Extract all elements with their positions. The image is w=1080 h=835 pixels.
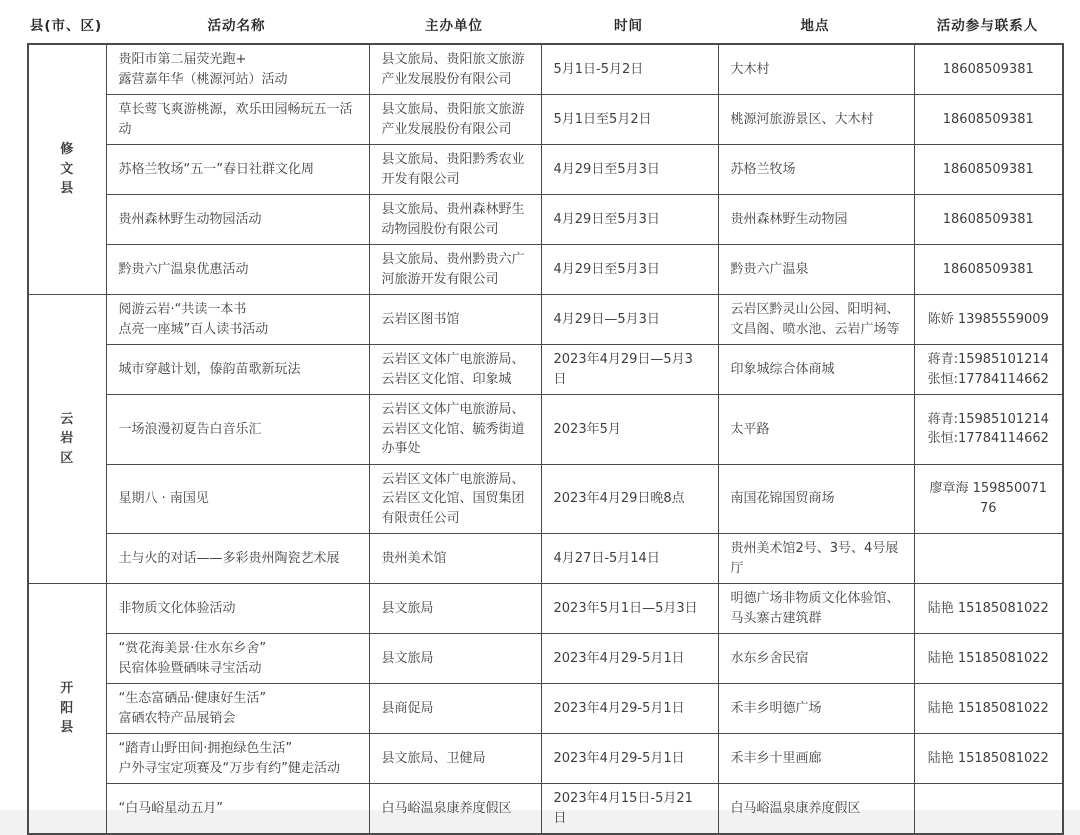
table-column-headers: 县(市、区) 活动名称 主办单位 时间 地点 活动参与联系人 (27, 14, 1062, 34)
cell-location: 太平路 (718, 395, 914, 465)
cell-time: 4月29日至5月3日 (541, 245, 718, 295)
cell-organizer: 县文旅局、贵州黔贵六广河旅游开发有限公司 (369, 245, 541, 295)
cell-location: 贵州美术馆2号、3号、4号展厅 (718, 534, 914, 584)
column-header-contact: 活动参与联系人 (913, 14, 1062, 34)
column-header-county: 县(市、区) (27, 14, 105, 34)
cell-contact: 陆艳 15185081022 (914, 734, 1063, 784)
cell-time: 4月29日至5月3日 (541, 195, 718, 245)
cell-organizer: 县商促局 (369, 684, 541, 734)
cell-time: 2023年4月29日晚8点 (541, 464, 718, 534)
cell-name: 土与火的对话——多彩贵州陶瓷艺术展 (106, 534, 369, 584)
table-row: “踏青山野田间·拥抱绿色生活” 户外寻宝定项赛及“万步有约”健走活动县文旅局、卫… (28, 734, 1063, 784)
cell-time: 4月29日—5月3日 (541, 295, 718, 345)
document-sheet: 县(市、区) 活动名称 主办单位 时间 地点 活动参与联系人 修 文 县贵阳市第… (0, 0, 1080, 810)
cell-location: 桃源河旅游景区、大木村 (718, 95, 914, 145)
table-row: 一场浪漫初夏告白音乐汇云岩区文体广电旅游局、云岩区文化馆、毓秀街道办事处2023… (28, 395, 1063, 465)
cell-time: 2023年4月29-5月1日 (541, 634, 718, 684)
cell-organizer: 云岩区文体广电旅游局、云岩区文化馆、国贸集团有限责任公司 (369, 464, 541, 534)
table-row: “赏花海美景·住水东乡舍” 民宿体验暨硒味寻宝活动县文旅局2023年4月29-5… (28, 634, 1063, 684)
table-row: 城市穿越计划，傣韵苗歌新玩法云岩区文体广电旅游局、云岩区文化馆、印象城2023年… (28, 345, 1063, 395)
cell-organizer: 县文旅局、贵阳黔秀农业开发有限公司 (369, 145, 541, 195)
cell-name: 苏格兰牧场“五一”春日社群文化周 (106, 145, 369, 195)
cell-name: 非物质文化体验活动 (106, 584, 369, 634)
cell-contact (914, 784, 1063, 835)
column-header-time: 时间 (540, 14, 717, 34)
table-row: 黔贵六广温泉优惠活动县文旅局、贵州黔贵六广河旅游开发有限公司4月29日至5月3日… (28, 245, 1063, 295)
cell-time: 5月1日-5月2日 (541, 44, 718, 95)
cell-organizer: 云岩区图书馆 (369, 295, 541, 345)
column-header-organizer: 主办单位 (368, 14, 540, 34)
cell-location: 大木村 (718, 44, 914, 95)
cell-name: 黔贵六广温泉优惠活动 (106, 245, 369, 295)
cell-name: 贵州森林野生动物园活动 (106, 195, 369, 245)
table-row: 星期八 · 南国见云岩区文体广电旅游局、云岩区文化馆、国贸集团有限责任公司202… (28, 464, 1063, 534)
cell-contact: 18608509381 (914, 145, 1063, 195)
cell-time: 4月27日-5月14日 (541, 534, 718, 584)
cell-location: 禾丰乡明德广场 (718, 684, 914, 734)
cell-contact: 18608509381 (914, 95, 1063, 145)
cell-time: 4月29日至5月3日 (541, 145, 718, 195)
cell-organizer: 云岩区文体广电旅游局、云岩区文化馆、毓秀街道办事处 (369, 395, 541, 465)
cell-contact: 蒋青:15985101214 张恒:17784114662 (914, 395, 1063, 465)
cell-location: 南国花锦国贸商场 (718, 464, 914, 534)
cell-organizer: 县文旅局、卫健局 (369, 734, 541, 784)
cell-location: 印象城综合体商城 (718, 345, 914, 395)
table-row: 苏格兰牧场“五一”春日社群文化周县文旅局、贵阳黔秀农业开发有限公司4月29日至5… (28, 145, 1063, 195)
cell-organizer: 白马峪温泉康养度假区 (369, 784, 541, 835)
cell-time: 5月1日至5月2日 (541, 95, 718, 145)
cell-organizer: 贵州美术馆 (369, 534, 541, 584)
cell-contact: 18608509381 (914, 195, 1063, 245)
county-label: 开 阳 县 (28, 584, 106, 835)
table-row: 土与火的对话——多彩贵州陶瓷艺术展贵州美术馆4月27日-5月14日贵州美术馆2号… (28, 534, 1063, 584)
activities-table: 修 文 县贵阳市第二届荧光跑+ 露营嘉年华（桃源河站）活动县文旅局、贵阳旅文旅游… (27, 43, 1064, 835)
cell-name: 星期八 · 南国见 (106, 464, 369, 534)
cell-contact: 廖章海 15985007176 (914, 464, 1063, 534)
cell-contact: 陆艳 15185081022 (914, 584, 1063, 634)
cell-location: 水东乡舍民宿 (718, 634, 914, 684)
activities-table-body: 修 文 县贵阳市第二届荧光跑+ 露营嘉年华（桃源河站）活动县文旅局、贵阳旅文旅游… (28, 44, 1063, 834)
cell-time: 2023年5月 (541, 395, 718, 465)
table-row: 贵州森林野生动物园活动县文旅局、贵州森林野生动物园股份有限公司4月29日至5月3… (28, 195, 1063, 245)
cell-contact: 18608509381 (914, 245, 1063, 295)
cell-contact: 陆艳 15185081022 (914, 684, 1063, 734)
cell-contact: 18608509381 (914, 44, 1063, 95)
cell-time: 2023年5月1日—5月3日 (541, 584, 718, 634)
cell-name: 草长莺飞爽游桃源，欢乐田园畅玩五一活动 (106, 95, 369, 145)
cell-name: 城市穿越计划，傣韵苗歌新玩法 (106, 345, 369, 395)
table-row: “生态富硒品·健康好生活” 富硒农特产品展销会县商促局2023年4月29-5月1… (28, 684, 1063, 734)
cell-name: “白马峪星动五月” (106, 784, 369, 835)
table-row: 修 文 县贵阳市第二届荧光跑+ 露营嘉年华（桃源河站）活动县文旅局、贵阳旅文旅游… (28, 44, 1063, 95)
cell-location: 云岩区黔灵山公园、阳明祠、文昌阁、喷水池、云岩广场等 (718, 295, 914, 345)
cell-organizer: 县文旅局、贵阳旅文旅游产业发展股份有限公司 (369, 95, 541, 145)
county-label: 修 文 县 (28, 44, 106, 295)
cell-time: 2023年4月15日-5月21日 (541, 784, 718, 835)
cell-name: 阅游云岩·“共读一本书 点亮一座城”百人读书活动 (106, 295, 369, 345)
table-row: 开 阳 县非物质文化体验活动县文旅局2023年5月1日—5月3日明德广场非物质文… (28, 584, 1063, 634)
cell-contact: 陈娇 13985559009 (914, 295, 1063, 345)
cell-organizer: 县文旅局 (369, 584, 541, 634)
table-row: 草长莺飞爽游桃源，欢乐田园畅玩五一活动县文旅局、贵阳旅文旅游产业发展股份有限公司… (28, 95, 1063, 145)
cell-organizer: 县文旅局、贵阳旅文旅游产业发展股份有限公司 (369, 44, 541, 95)
cell-organizer: 县文旅局、贵州森林野生动物园股份有限公司 (369, 195, 541, 245)
cell-name: 贵阳市第二届荧光跑+ 露营嘉年华（桃源河站）活动 (106, 44, 369, 95)
column-header-location: 地点 (717, 14, 913, 34)
cell-contact (914, 534, 1063, 584)
cell-organizer: 县文旅局 (369, 634, 541, 684)
cell-name: “踏青山野田间·拥抱绿色生活” 户外寻宝定项赛及“万步有约”健走活动 (106, 734, 369, 784)
cell-location: 禾丰乡十里画廊 (718, 734, 914, 784)
county-label: 云 岩 区 (28, 295, 106, 584)
cell-location: 贵州森林野生动物园 (718, 195, 914, 245)
column-header-name: 活动名称 (105, 14, 368, 34)
table-row: “白马峪星动五月”白马峪温泉康养度假区2023年4月15日-5月21日白马峪温泉… (28, 784, 1063, 835)
cell-time: 2023年4月29-5月1日 (541, 734, 718, 784)
cell-contact: 蒋青:15985101214 张恒:17784114662 (914, 345, 1063, 395)
cell-name: “生态富硒品·健康好生活” 富硒农特产品展销会 (106, 684, 369, 734)
cell-time: 2023年4月29-5月1日 (541, 684, 718, 734)
cell-name: 一场浪漫初夏告白音乐汇 (106, 395, 369, 465)
cell-location: 苏格兰牧场 (718, 145, 914, 195)
cell-organizer: 云岩区文体广电旅游局、云岩区文化馆、印象城 (369, 345, 541, 395)
table-row: 云 岩 区阅游云岩·“共读一本书 点亮一座城”百人读书活动云岩区图书馆4月29日… (28, 295, 1063, 345)
cell-location: 白马峪温泉康养度假区 (718, 784, 914, 835)
cell-location: 黔贵六广温泉 (718, 245, 914, 295)
cell-name: “赏花海美景·住水东乡舍” 民宿体验暨硒味寻宝活动 (106, 634, 369, 684)
cell-time: 2023年4月29日—5月3日 (541, 345, 718, 395)
cell-contact: 陆艳 15185081022 (914, 634, 1063, 684)
cell-location: 明德广场非物质文化体验馆、马头寨古建筑群 (718, 584, 914, 634)
